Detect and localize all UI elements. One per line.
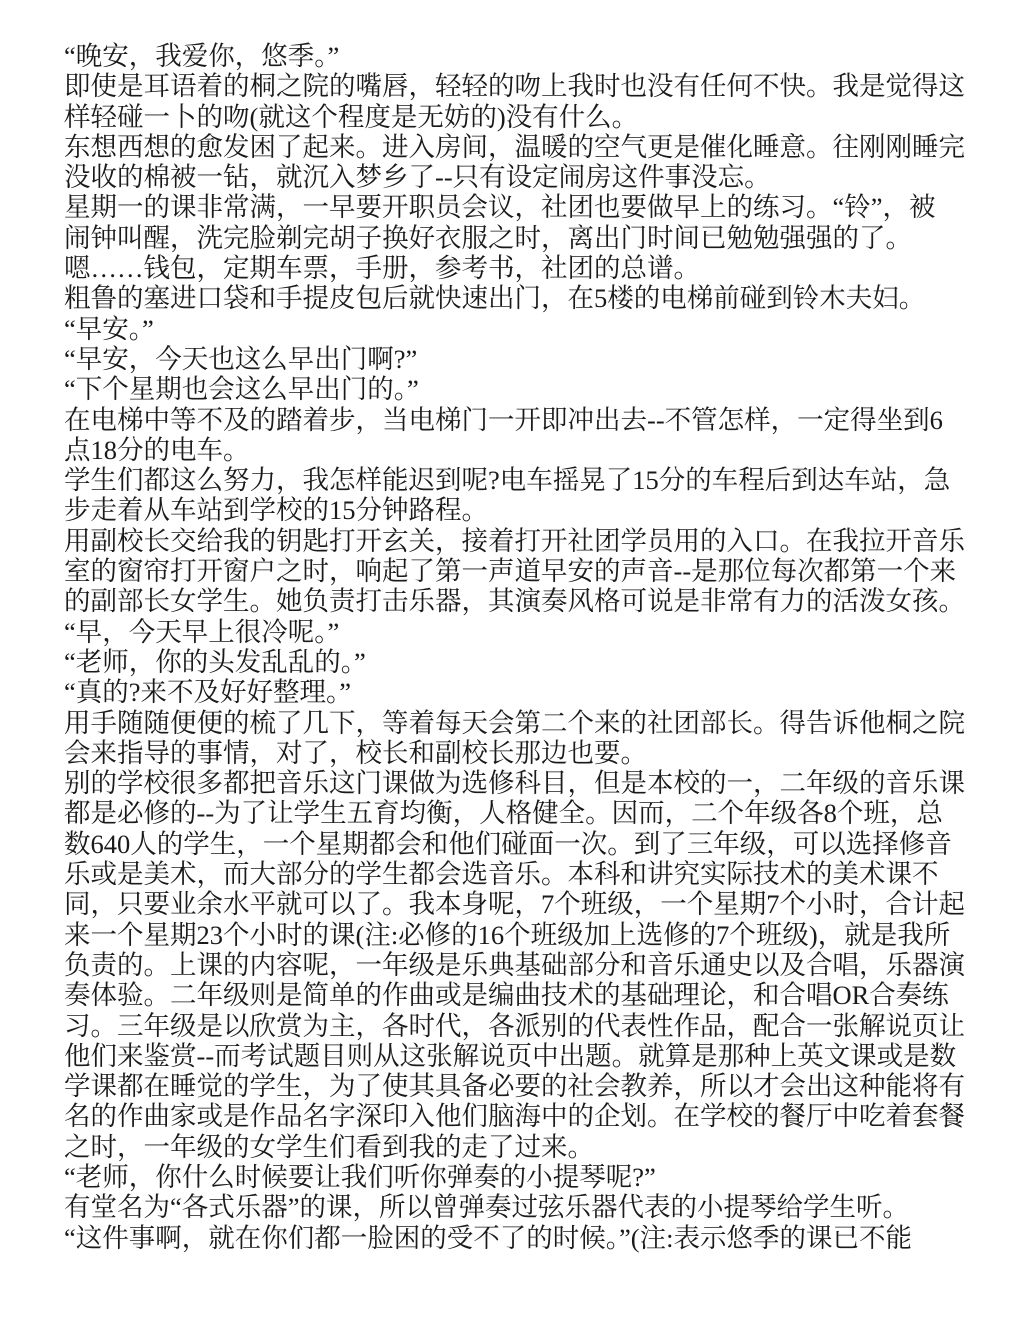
text-line: “老师，你的头发乱乱的。” <box>64 647 969 677</box>
text-line: 数640人的学生，一个星期都会和他们碰面一次。到了三年级，可以选择修音 <box>64 829 969 859</box>
text-line: 点18分的电车。 <box>64 435 969 465</box>
text-line: 都是必修的--为了让学生五育均衡，人格健全。因而，二个年级各8个班，总 <box>64 798 969 828</box>
text-line: 奏体验。二年级则是简单的作曲或是编曲技术的基础理论，和合唱OR合奏练 <box>64 980 969 1010</box>
text-line: 没收的棉被一钻，就沉入梦乡了--只有设定闹房这件事没忘。 <box>64 162 969 192</box>
text-line: 学课都在睡觉的学生，为了使其具备必要的社会教养，所以才会出这种能将有 <box>64 1071 969 1101</box>
text-line: 他们来鉴赏--而考试题目则从这张解说页中出题。就算是那种上英文课或是数 <box>64 1041 969 1071</box>
text-line: 东想西想的愈发困了起来。进入房间，温暖的空气更是催化睡意。往刚刚睡完 <box>64 132 969 162</box>
text-line: 星期一的课非常满，一早要开职员会议，社团也要做早上的练习。“铃”，被 <box>64 192 969 222</box>
text-line: 的副部长女学生。她负责打击乐器，其演奏风格可说是非常有力的活泼女孩。 <box>64 586 969 616</box>
text-line: 即使是耳语着的桐之院的嘴唇，轻轻的吻上我时也没有任何不快。我是觉得这 <box>64 71 969 101</box>
text-line: “晚安，我爱你，悠季。” <box>64 41 969 71</box>
document-page: “晚安，我爱你，悠季。”即使是耳语着的桐之院的嘴唇，轻轻的吻上我时也没有任何不快… <box>0 0 1021 1321</box>
text-line: 样轻碰一卜的吻(就这个程度是无妨的)没有什么。 <box>64 102 969 132</box>
text-line: 粗鲁的塞进口袋和手提皮包后就快速出门，在5楼的电梯前碰到铃木夫妇。 <box>64 283 969 313</box>
text-line: 习。三年级是以欣赏为主，各时代，各派别的代表性作品，配合一张解说页让 <box>64 1011 969 1041</box>
text-line: “真的?来不及好好整理。” <box>64 677 969 707</box>
text-line: 室的窗帘打开窗户之时，响起了第一声道早安的声音--是那位每次都第一个来 <box>64 556 969 586</box>
text-line: 会来指导的事情，对了，校长和副校长那边也要。 <box>64 738 969 768</box>
text-line: 来一个星期23个小时的课(注:必修的16个班级加上选修的7个班级)，就是我所 <box>64 920 969 950</box>
text-line: 有堂名为“各式乐器”的课，所以曾弹奏过弦乐器代表的小提琴给学生听。 <box>64 1192 969 1222</box>
text-line: 负责的。上课的内容呢，一年级是乐典基础部分和音乐通史以及合唱，乐器演 <box>64 950 969 980</box>
text-line: “早安，今天也这么早出门啊?” <box>64 344 969 374</box>
text-line: 闹钟叫醒，洗完脸剃完胡子换好衣服之时，离出门时间已勉勉强强的了。 <box>64 223 969 253</box>
text-line: 嗯……钱包，定期车票，手册，参考书，社团的总谱。 <box>64 253 969 283</box>
text-line: 学生们都这么努力，我怎样能迟到呢?电车摇晃了15分的车程后到达车站，急 <box>64 465 969 495</box>
text-line: 别的学校很多都把音乐这门课做为选修科目，但是本校的一，二年级的音乐课 <box>64 768 969 798</box>
text-line: “下个星期也会这么早出门的。” <box>64 374 969 404</box>
text-line: 在电梯中等不及的踏着步，当电梯门一开即冲出去--不管怎样，一定得坐到6 <box>64 405 969 435</box>
text-line: 名的作曲家或是作品名字深印入他们脑海中的企划。在学校的餐厅中吃着套餐 <box>64 1101 969 1131</box>
text-block: “晚安，我爱你，悠季。”即使是耳语着的桐之院的嘴唇，轻轻的吻上我时也没有任何不快… <box>64 41 969 1253</box>
text-line: 之时，一年级的女学生们看到我的走了过来。 <box>64 1132 969 1162</box>
text-line: 用副校长交给我的钥匙打开玄关，接着打开社团学员用的入口。在我拉开音乐 <box>64 526 969 556</box>
text-line: 乐或是美术，而大部分的学生都会选音乐。本科和讲究实际技术的美术课不 <box>64 859 969 889</box>
text-line: “早安。” <box>64 314 969 344</box>
text-line: 步走着从车站到学校的15分钟路程。 <box>64 495 969 525</box>
text-line: 用手随随便便的梳了几下，等着每天会第二个来的社团部长。得告诉他桐之院 <box>64 708 969 738</box>
text-line: 同，只要业余水平就可以了。我本身呢，7个班级，一个星期7个小时，合计起 <box>64 889 969 919</box>
text-line: “早，今天早上很冷呢。” <box>64 617 969 647</box>
text-line: “这件事啊，就在你们都一脸困的受不了的时候。”(注:表示悠季的课已不能 <box>64 1223 969 1253</box>
text-line: “老师，你什么时候要让我们听你弹奏的小提琴呢?” <box>64 1162 969 1192</box>
